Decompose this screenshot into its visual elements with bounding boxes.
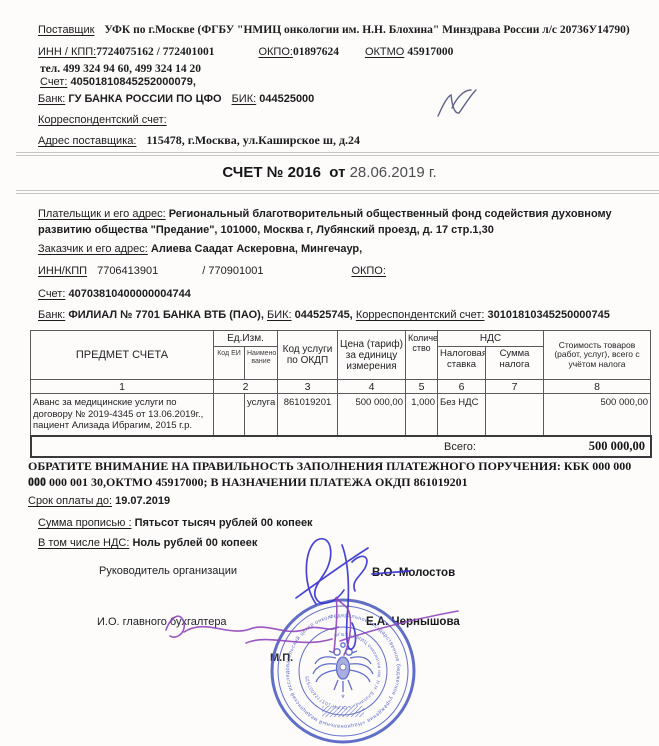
- eagle-emblem-icon: [313, 643, 373, 692]
- supplier-corr-line: Корреспондентский счет:: [38, 114, 167, 126]
- supplier-account-value: 40501810845252000079,: [70, 76, 195, 88]
- cell-vat-rate: Без НДС: [438, 394, 486, 440]
- supplier-inn-value: 7724075162 / 772401001: [96, 46, 214, 58]
- cell-unit-code: [214, 394, 245, 440]
- payer-label: Плательщик и его адрес:: [38, 208, 166, 220]
- supplier-line: ПоставщикУФК по г.Москве (ФГБУ "НМИЦ онк…: [38, 23, 650, 37]
- col-header-vat-rate: Налоговая ставка: [438, 347, 486, 380]
- supplier-inn-label: ИНН / КПП:: [38, 46, 96, 58]
- payer-line: Плательщик и его адрес: Региональный бла…: [38, 207, 634, 238]
- pen-checkmark: [438, 90, 476, 116]
- col-num-2: 2: [214, 380, 278, 394]
- customer-line: Заказчик и его адрес: Алиева Саадат Аске…: [38, 243, 362, 255]
- supplier-account-label: Счет:: [40, 76, 67, 88]
- col-header-qty: Количе ство: [406, 331, 438, 380]
- supplier-bank-value: ГУ БАНКА РОССИИ ПО ЦФО: [68, 93, 221, 105]
- invoice-title: СЧЕТ № 2016 от 28.06.2019 г.: [0, 164, 659, 181]
- payer-inn-label: ИНН/КПП: [38, 265, 87, 277]
- supplier-phone: тел. 499 324 94 60, 499 324 14 20: [40, 63, 201, 75]
- col-header-unit: Ед.Изм.: [214, 331, 278, 347]
- cell-vat-sum: [486, 394, 544, 440]
- col-num-4: 4: [338, 380, 406, 394]
- supplier-oktmo-value: 45917000: [407, 46, 453, 58]
- cell-total: 500 000,00: [544, 394, 651, 440]
- col-num-8: 8: [544, 380, 651, 394]
- col-header-total: Стоимость товаров (работ, услуг), всего …: [544, 331, 651, 380]
- invoice-date: 28.06.2019 г.: [350, 164, 437, 181]
- total-row: Всего: 500 000,00: [30, 435, 652, 458]
- payer-account-value: 40703810400000004744: [68, 288, 190, 300]
- director-name: В.О. Молостов: [372, 567, 455, 579]
- total-label: Всего:: [444, 441, 476, 453]
- supplier-address-value: 115478, г.Москва, ул.Каширское ш, д.24: [146, 133, 360, 147]
- col-header-unit-name: Наимено вание: [245, 347, 278, 380]
- payer-corr-label: Корреспондентский счет:: [356, 309, 485, 321]
- invoice-ot: от: [329, 164, 345, 181]
- col-header-price: Цена (тариф) за единицу измерения: [338, 331, 406, 380]
- col-num-5: 5: [406, 380, 438, 394]
- supplier-bik-value: 044525000: [259, 93, 314, 105]
- col-num-1: 1: [31, 380, 214, 394]
- payer-bank-line: Банк: ФИЛИАЛ № 7701 БАНКА ВТБ (ПАО), БИК…: [38, 309, 610, 321]
- invoice-page: ПоставщикУФК по г.Москве (ФГБУ "НМИЦ онк…: [0, 0, 659, 746]
- payer-kpp-value: / 770901001: [202, 265, 263, 277]
- customer-name: Алиева Саадат Аскеровна, Мингечаур,: [151, 243, 362, 255]
- supplier-oktmo-label: ОКТМО: [365, 46, 404, 58]
- vat-words-value: Ноль рублей 00 копеек: [132, 537, 257, 549]
- vat-words-label: В том числе НДС:: [38, 537, 129, 549]
- separator-line: [16, 152, 659, 153]
- col-num-6: 6: [438, 380, 486, 394]
- supplier-name: УФК по г.Москве (ФГБУ "НМИЦ онкологии им…: [104, 24, 629, 36]
- col-header-okdp: Код услуги по ОКДП: [278, 331, 338, 380]
- supplier-corr-label: Корреспондентский счет:: [38, 114, 167, 126]
- col-header-subject: ПРЕДМЕТ СЧЕТА: [31, 331, 214, 380]
- amount-words-value: Пятьсот тысяч рублей 00 копеек: [135, 517, 313, 529]
- total-value: 500 000,00: [589, 439, 645, 454]
- items-table: ПРЕДМЕТ СЧЕТА Ед.Изм. Код услуги по ОКДП…: [30, 330, 651, 440]
- amount-words-label: Сумма прописью :: [38, 517, 132, 529]
- director-label: Руководитель организации: [99, 565, 237, 577]
- cell-subject: Аванс за медицинские услуги по договору …: [31, 394, 214, 440]
- round-stamp: Федеральное государственное бюджетное уч…: [268, 596, 418, 746]
- payer-okpo-label: ОКПО:: [351, 265, 385, 277]
- payer-inn-line: ИНН/КПП7706413901/ 770901001ОКПО:: [38, 265, 386, 277]
- supplier-okpo-value: 01897624: [293, 46, 339, 58]
- payer-account-label: Счет:: [38, 288, 65, 300]
- payer-account-line: Счет: 40703810400000004744: [38, 288, 191, 300]
- due-date-label: Срок оплаты до:: [28, 495, 112, 507]
- amount-words-line: Сумма прописью : Пятьсот тысяч рублей 00…: [38, 517, 313, 529]
- accountant-label: И.О. главного бухгалтера: [97, 616, 227, 628]
- table-row: Аванс за медицинские услуги по договору …: [31, 394, 651, 440]
- customer-label: Заказчик и его адрес:: [38, 243, 148, 255]
- supplier-address-label: Адрес поставщика:: [38, 135, 136, 147]
- vat-words-line: В том числе НДС: Ноль рублей 00 копеек: [38, 537, 257, 549]
- separator-line: [16, 155, 659, 156]
- stamp-star: *: [341, 693, 345, 703]
- due-date-line: Срок оплаты до: 19.07.2019: [28, 495, 170, 507]
- col-num-3: 3: [278, 380, 338, 394]
- supplier-bik-label: БИК:: [232, 93, 257, 105]
- col-header-vat-sum: Сумма налога: [486, 347, 544, 380]
- supplier-okpo-label: ОКПО:: [258, 46, 292, 58]
- supplier-label: Поставщик: [38, 24, 94, 36]
- payer-bank-label: Банк:: [38, 309, 65, 321]
- separator-line: [16, 190, 659, 191]
- payer-inn-value: 7706413901: [97, 265, 158, 277]
- col-header-vat: НДС: [438, 331, 544, 347]
- payer-bik-label: БИК:: [267, 309, 292, 321]
- payer-bank-value: ФИЛИАЛ № 7701 БАНКА ВТБ (ПАО),: [68, 309, 264, 321]
- cell-unit-name: услуга: [245, 394, 278, 440]
- payer-corr-value: 30101810345250000745: [488, 309, 610, 321]
- separator-line: [16, 193, 659, 194]
- stamp-barcode-band: [322, 706, 364, 717]
- notice-line-2: 000 000 001 30,ОКТМО 45917000; В НАЗНАЧЕ…: [28, 475, 648, 490]
- col-header-unit-code: Код ЕИ: [214, 347, 245, 380]
- supplier-inn-line: ИНН / КПП:7724075162 / 772401001ОКПО:018…: [38, 46, 453, 58]
- invoice-number: СЧЕТ № 2016: [222, 164, 321, 181]
- cell-qty: 1,000: [406, 394, 438, 440]
- supplier-address-line: Адрес поставщика:115478, г.Москва, ул.Ка…: [38, 133, 360, 148]
- col-num-7: 7: [486, 380, 544, 394]
- cell-price: 500 000,00: [338, 394, 406, 440]
- supplier-bank-line: Банк: ГУ БАНКА РОССИИ ПО ЦФОБИК: 0445250…: [38, 93, 314, 105]
- supplier-account-line: Счет: 40501810845252000079,: [40, 76, 196, 88]
- column-numbers-row: 1 2 3 4 5 6 7 8: [31, 380, 651, 394]
- cell-okdp: 861019201: [278, 394, 338, 440]
- supplier-bank-label: Банк:: [38, 93, 65, 105]
- payer-bik-value: 044525745,: [295, 309, 353, 321]
- due-date-value: 19.07.2019: [115, 495, 170, 507]
